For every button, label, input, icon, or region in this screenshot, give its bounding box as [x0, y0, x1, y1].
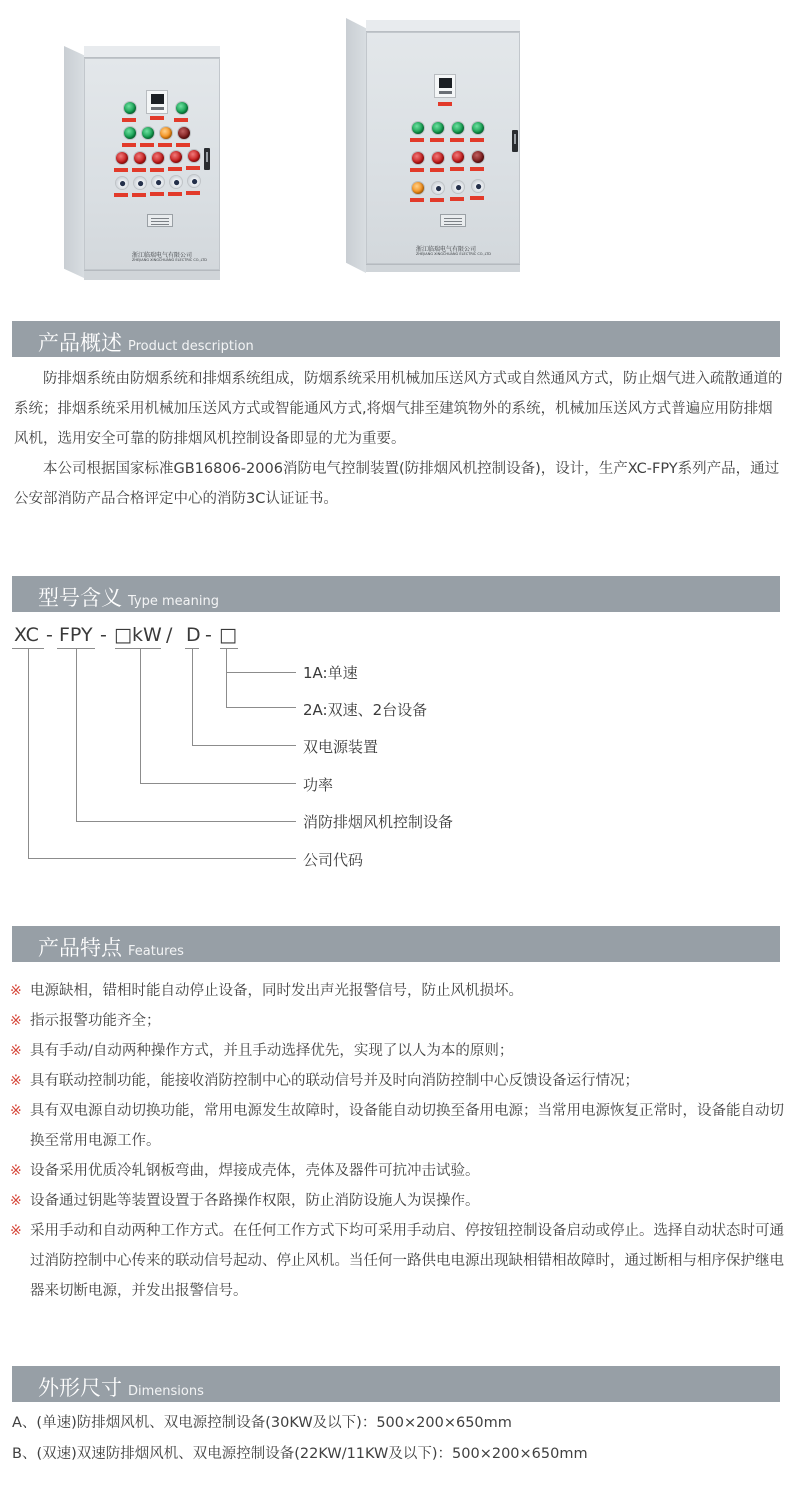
digital-meter [146, 90, 168, 114]
brand-label-en: ZHEJIANG XINGCHUANG ELECTRIC CO.,LTD [416, 252, 491, 256]
model-part-dual-power: D [186, 624, 201, 646]
product-image-cabinet-right: 浙江临瑞电气有限公司 ZHEJIANG XINGCHUANG ELECTRIC … [346, 18, 526, 278]
reference-mark-icon: ※ [10, 1186, 30, 1216]
section-header-dimensions: 外形尺寸 Dimensions [12, 1366, 780, 1402]
section-header-type-meaning: 型号含义 Type meaning [12, 576, 780, 612]
model-slash: / [166, 624, 172, 646]
dimensions-list: A、(单速)防排烟风机、双电源控制设备(30KW及以下)：500×200×650… [12, 1408, 792, 1470]
reference-mark-icon: ※ [10, 976, 30, 1006]
model-part-company: XC [14, 624, 39, 646]
model-dash: - [46, 624, 53, 646]
section-title-en: Dimensions [128, 1384, 204, 1399]
list-item: ※具有联动控制功能，能接收消防控制中心的联动信号并及时向消防控制中心反馈设备运行… [10, 1066, 795, 1096]
list-item: ※具有双电源自动切换功能，常用电源发生故障时，设备能自动切换至备用电源；当常用电… [10, 1096, 795, 1156]
reference-mark-icon: ※ [10, 1216, 30, 1306]
model-part-series: FPY [59, 624, 93, 646]
description-body: 防排烟系统由防烟系统和排烟系统组成，防烟系统采用机械加压送风方式或自然通风方式，… [14, 364, 786, 514]
product-image-cabinet-left: 浙江临瑞电气有限公司 ZHEJIANG XINGCHUANG ELECTRIC … [64, 44, 224, 284]
dimension-item-a: A、(单速)防排烟风机、双电源控制设备(30KW及以下)：500×200×650… [12, 1408, 792, 1439]
model-dash: - [205, 624, 212, 646]
digital-meter [434, 74, 456, 98]
features-list: ※电源缺相，错相时能自动停止设备，同时发出声光报警信号，防止风机损坏。 ※指示报… [10, 976, 795, 1306]
list-item: ※采用手动和自动两种工作方式。在任何工作方式下均可采用手动启、停按钮控制设备启动… [10, 1216, 795, 1306]
section-title-cn: 产品特点 [38, 932, 122, 962]
nameplate [147, 214, 173, 227]
model-dash: - [100, 624, 107, 646]
meaning-power: 功率 [303, 774, 333, 795]
model-part-speed: □ [219, 624, 237, 646]
section-title-en: Product description [128, 339, 254, 354]
cabinet-door [366, 32, 520, 264]
section-title-cn: 型号含义 [38, 582, 122, 612]
list-item: ※指示报警功能齐全； [10, 1006, 795, 1036]
description-paragraph: 防排烟系统由防烟系统和排烟系统组成，防烟系统采用机械加压送风方式或自然通风方式，… [14, 364, 786, 454]
dimension-item-b: B、(双速)双速防排烟风机、双电源控制设备(22KW/11KW及以下)：500×… [12, 1439, 792, 1470]
section-title-en: Type meaning [128, 594, 219, 609]
door-handle [512, 130, 518, 152]
section-title-en: Features [128, 944, 184, 959]
reference-mark-icon: ※ [10, 1096, 30, 1156]
list-item: ※具有手动/自动两种操作方式，并且手动选择优先，实现了以人为本的原则； [10, 1036, 795, 1066]
section-title-cn: 外形尺寸 [38, 1372, 122, 1402]
reference-mark-icon: ※ [10, 1036, 30, 1066]
reference-mark-icon: ※ [10, 1006, 30, 1036]
section-header-features: 产品特点 Features [12, 926, 780, 962]
meaning-company-code: 公司代码 [303, 849, 363, 870]
meaning-dual-power: 双电源装置 [303, 736, 378, 757]
description-paragraph: 本公司根据国家标准GB16806-2006消防电气控制装置(防排烟风机控制设备)… [14, 454, 786, 514]
meaning-single-speed: 1A:单速 [303, 662, 358, 683]
section-header-description: 产品概述 Product description [12, 321, 780, 357]
model-part-power: □kW [114, 624, 162, 646]
list-item: ※设备采用优质冷轧钢板弯曲，焊接成壳体，壳体及器件可抗冲击试验。 [10, 1156, 795, 1186]
meaning-series: 消防排烟风机控制设备 [303, 811, 453, 832]
list-item: ※设备通过钥匙等装置设置于各路操作权限，防止消防设施人为误操作。 [10, 1186, 795, 1216]
nameplate [440, 214, 466, 227]
list-item: ※电源缺相，错相时能自动停止设备，同时发出声光报警信号，防止风机损坏。 [10, 976, 795, 1006]
meaning-dual-speed: 2A:双速、2台设备 [303, 699, 427, 720]
brand-label-en: ZHEJIANG XINGCHUANG ELECTRIC CO.,LTD [132, 258, 207, 262]
section-title-cn: 产品概述 [38, 327, 122, 357]
door-handle [204, 148, 210, 170]
reference-mark-icon: ※ [10, 1066, 30, 1096]
reference-mark-icon: ※ [10, 1156, 30, 1186]
